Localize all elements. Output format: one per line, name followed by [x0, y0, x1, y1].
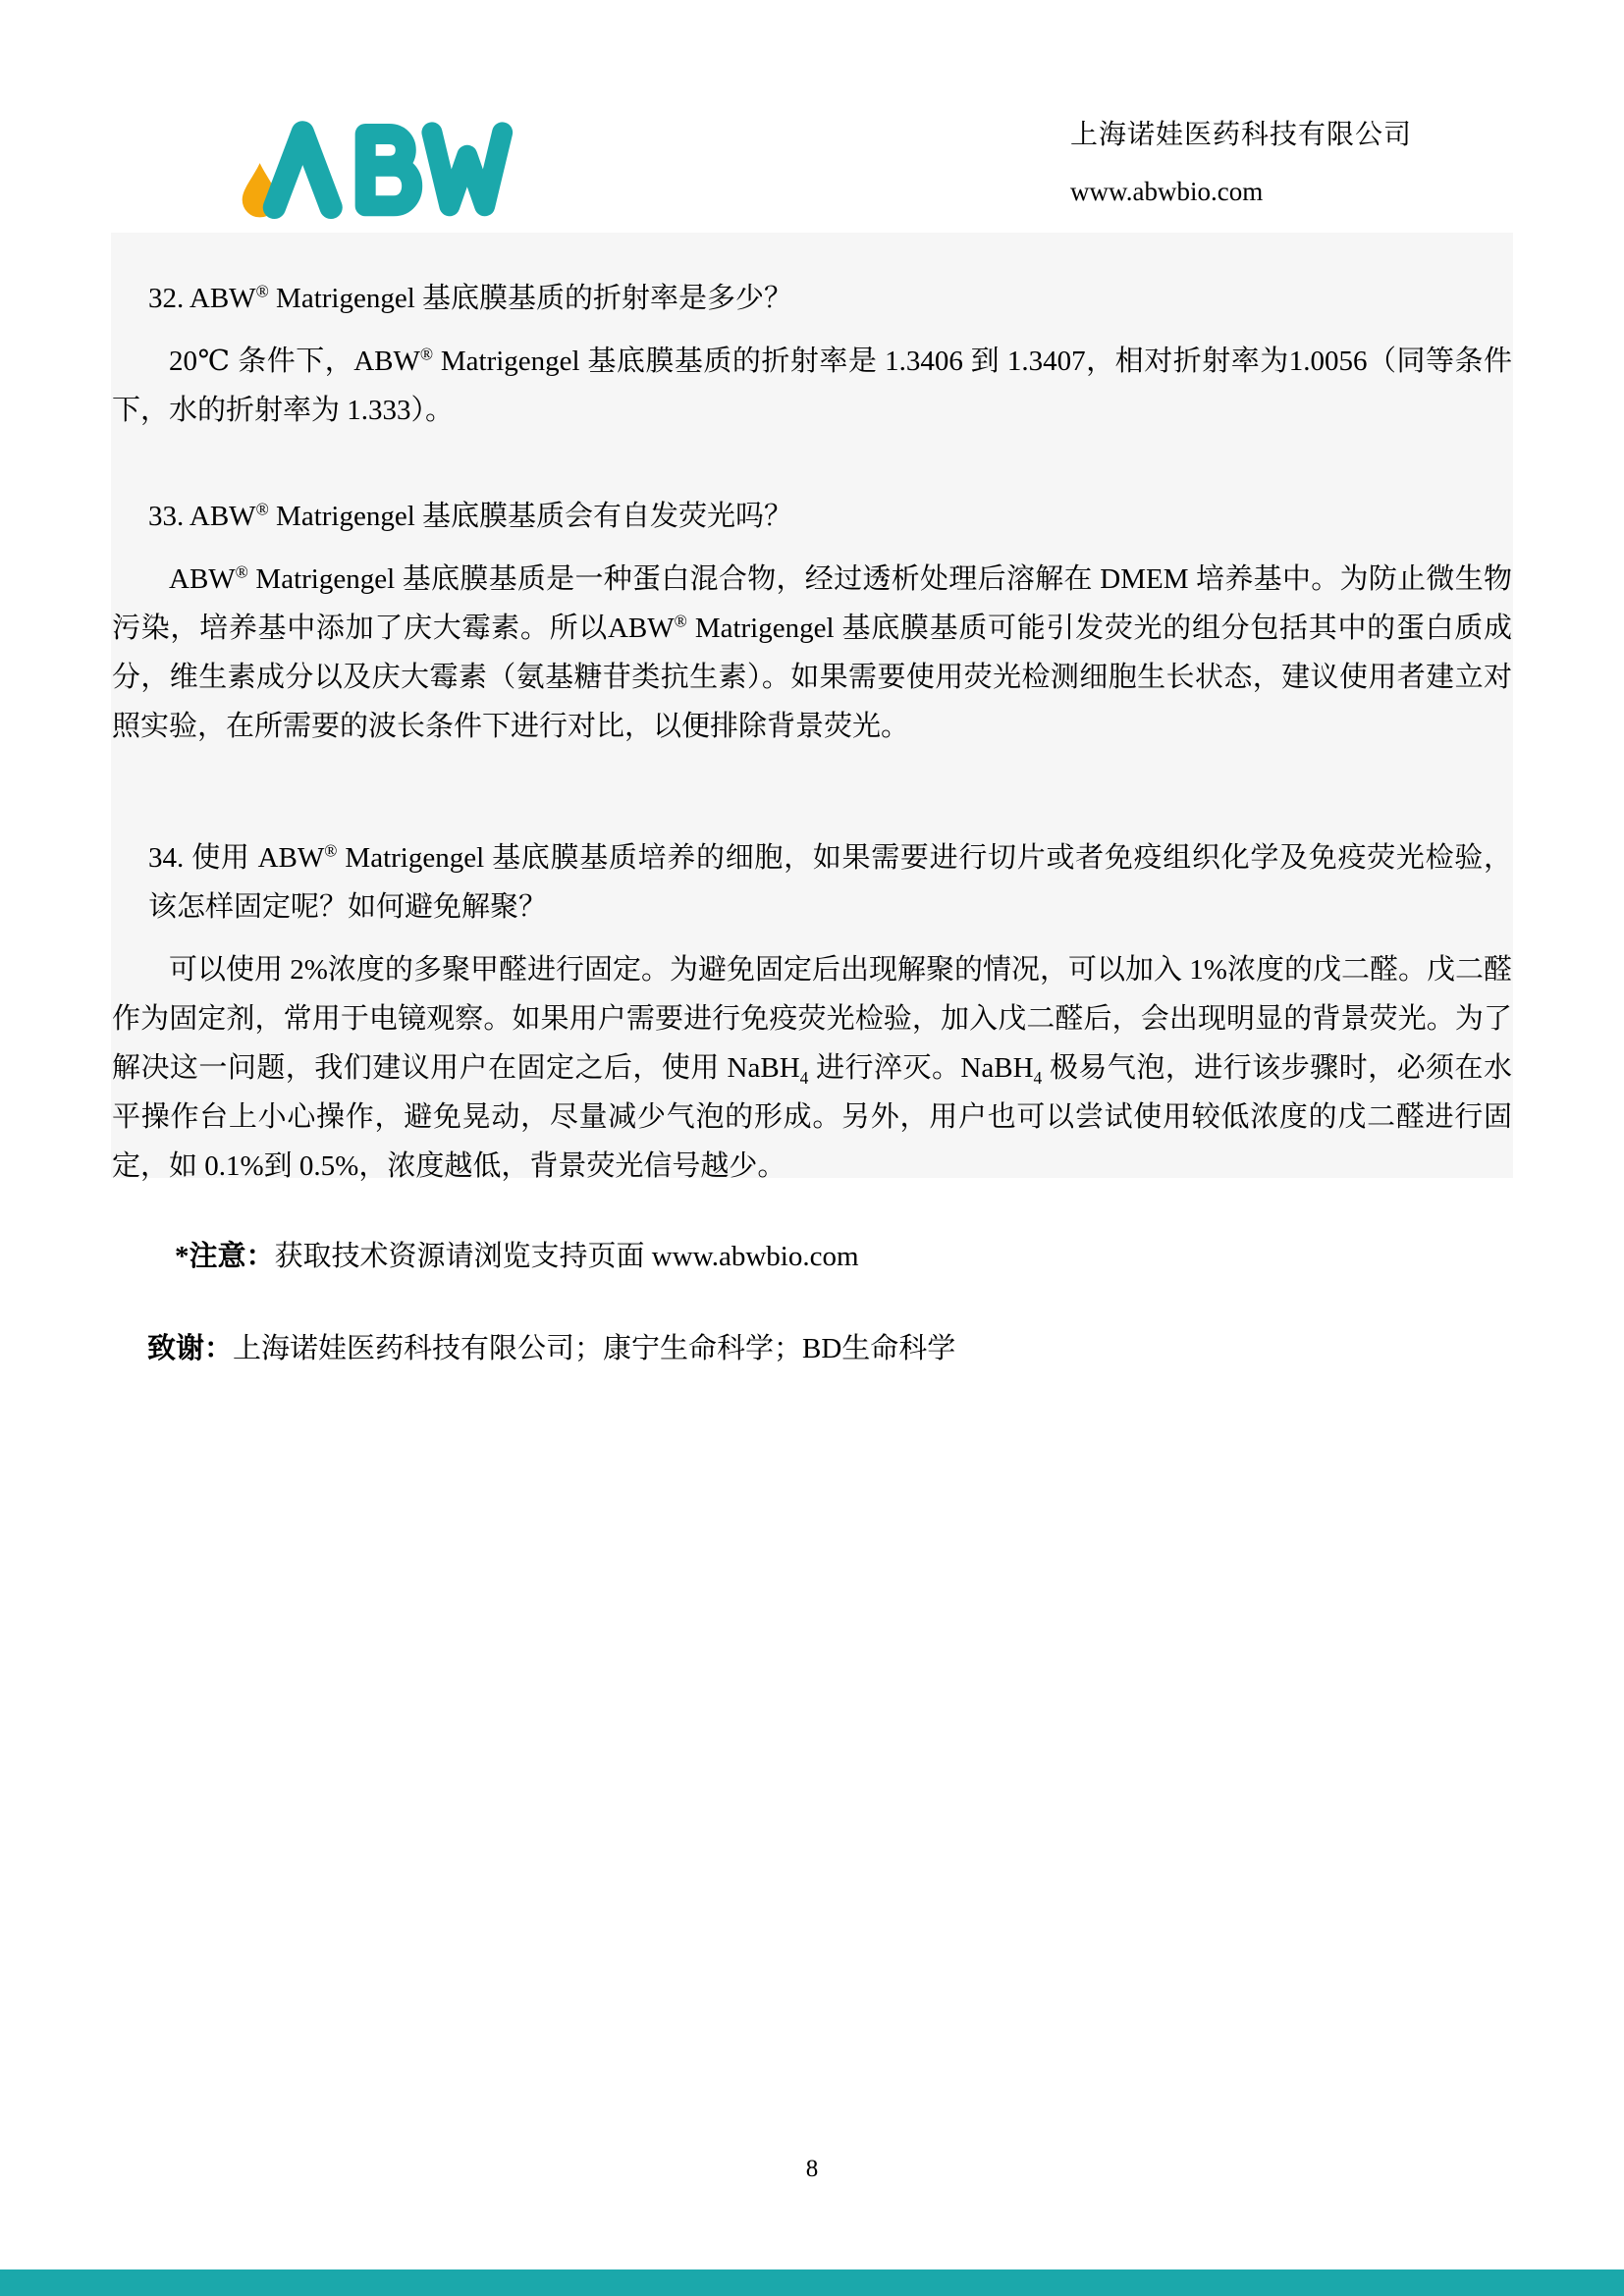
page-number: 8 [0, 2156, 1624, 2183]
content-shaded-band: 32. ABW® Matrigengel 基底膜基质的折射率是多少？ 20℃ 条… [111, 233, 1513, 1178]
thanks-line: 致谢：上海诺娃医药科技有限公司；康宁生命科学；BD生命科学 [147, 1327, 1512, 1370]
logo-letter-b [365, 133, 412, 205]
footer-bar [0, 2269, 1624, 2296]
faq-question-34: 34. 使用 ABW® Matrigengel 基底膜基质培养的细胞，如果需要进… [112, 833, 1512, 932]
logo-letter-a [274, 133, 331, 207]
abw-logo [224, 108, 518, 226]
faq-question-32: 32. ABW® Matrigengel 基底膜基质的折射率是多少？ [112, 274, 1512, 323]
faq-answer-34: 可以使用 2%浓度的多聚甲醛进行固定。为避免固定后出现解聚的情况，可以加入 1%… [112, 945, 1512, 1191]
faq-item-34: 34. 使用 ABW® Matrigengel 基底膜基质培养的细胞，如果需要进… [112, 833, 1512, 1191]
company-website: www.abwbio.com [1070, 175, 1483, 208]
note-line: *注意：获取技术资源请浏览支持页面 www.abwbio.com [175, 1235, 1510, 1278]
header-company-block: 上海诺娃医药科技有限公司 www.abwbio.com [1070, 118, 1483, 208]
thanks-label: 致谢： [147, 1333, 233, 1364]
document-page: 上海诺娃医药科技有限公司 www.abwbio.com 32. ABW® Mat… [0, 0, 1624, 2296]
thanks-text: 上海诺娃医药科技有限公司；康宁生命科学；BD生命科学 [233, 1333, 955, 1364]
note-label: *注意： [175, 1241, 275, 1272]
faq-answer-32: 20℃ 条件下，ABW® Matrigengel 基底膜基质的折射率是 1.34… [112, 337, 1512, 435]
abw-logo-graphic [224, 108, 518, 226]
logo-letter-w [432, 133, 503, 206]
faq-item-32: 32. ABW® Matrigengel 基底膜基质的折射率是多少？ 20℃ 条… [112, 274, 1512, 435]
faq-item-33: 33. ABW® Matrigengel 基底膜基质会有自发荧光吗？ ABW® … [112, 492, 1512, 751]
note-text: 获取技术资源请浏览支持页面 www.abwbio.com [275, 1241, 859, 1272]
company-name: 上海诺娃医药科技有限公司 [1070, 118, 1483, 153]
faq-answer-33: ABW® Matrigengel 基底膜基质是一种蛋白混合物，经过透析处理后溶解… [112, 555, 1512, 751]
faq-question-33: 33. ABW® Matrigengel 基底膜基质会有自发荧光吗？ [112, 492, 1512, 541]
